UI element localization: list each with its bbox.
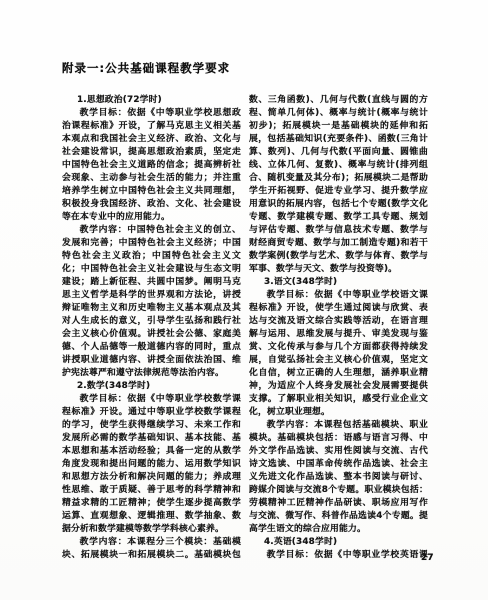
page-number: 27 [421, 553, 434, 563]
section-heading: 1.思想政治(72学时) [62, 94, 241, 107]
section-heading: 3.语文(348学时) [249, 276, 428, 289]
text-column-left: 1.思想政治(72学时) 教学目标：依据《中等职业学校思想政治课程标准》开设，了… [62, 94, 241, 562]
section-heading: 4.英语(348学时) [249, 536, 428, 549]
paragraph-continuation: 数、三角函数)、几何与代数(直线与圆的方程、简单几何体)、概率与统计(概率与统计… [249, 94, 428, 276]
page-title: 附录一:公共基础课程教学要求 [62, 60, 230, 76]
paragraph: 教学目标：依据《中等职业学校思想政治课程标准》开设，了解马克思主义相关基本观点和… [62, 107, 241, 224]
paragraph: 教学目标：依据《中等职业学校语文课程标准》开设，使学生通过阅读与欣赏、表达与交流… [249, 289, 428, 419]
paragraph: 教学内容：本课程包括基础模块、职业模块。基础模块包括：语感与语言习得、中外文学作… [249, 419, 428, 536]
paragraph: 教学目标：依据《中等职业学校数学课程标准》开设。通过中等职业学校数学课程的学习，… [62, 393, 241, 536]
scanned-document-page: 附录一:公共基础课程教学要求 1.思想政治(72学时) 教学目标：依据《中等职业… [0, 0, 488, 600]
section-heading: 2.数学(348学时) [62, 380, 241, 393]
paragraph: 教学内容：本课程分三个模块：基础模块、拓展模块一和拓展模块二。基础模块包括基础知… [62, 536, 241, 562]
paragraph: 教学内容：中国特色社会主义的创立、发展和完善；中国特色社会主义经济；中国特色社会… [62, 224, 241, 380]
text-column-right: 数、三角函数)、几何与代数(直线与圆的方程、简单几何体)、概率与统计(概率与统计… [249, 94, 428, 562]
paragraph: 教学目标：依据《中等职业学校英语课程标准》开设。通过中等职业学校英语课程的学习，… [249, 549, 428, 562]
